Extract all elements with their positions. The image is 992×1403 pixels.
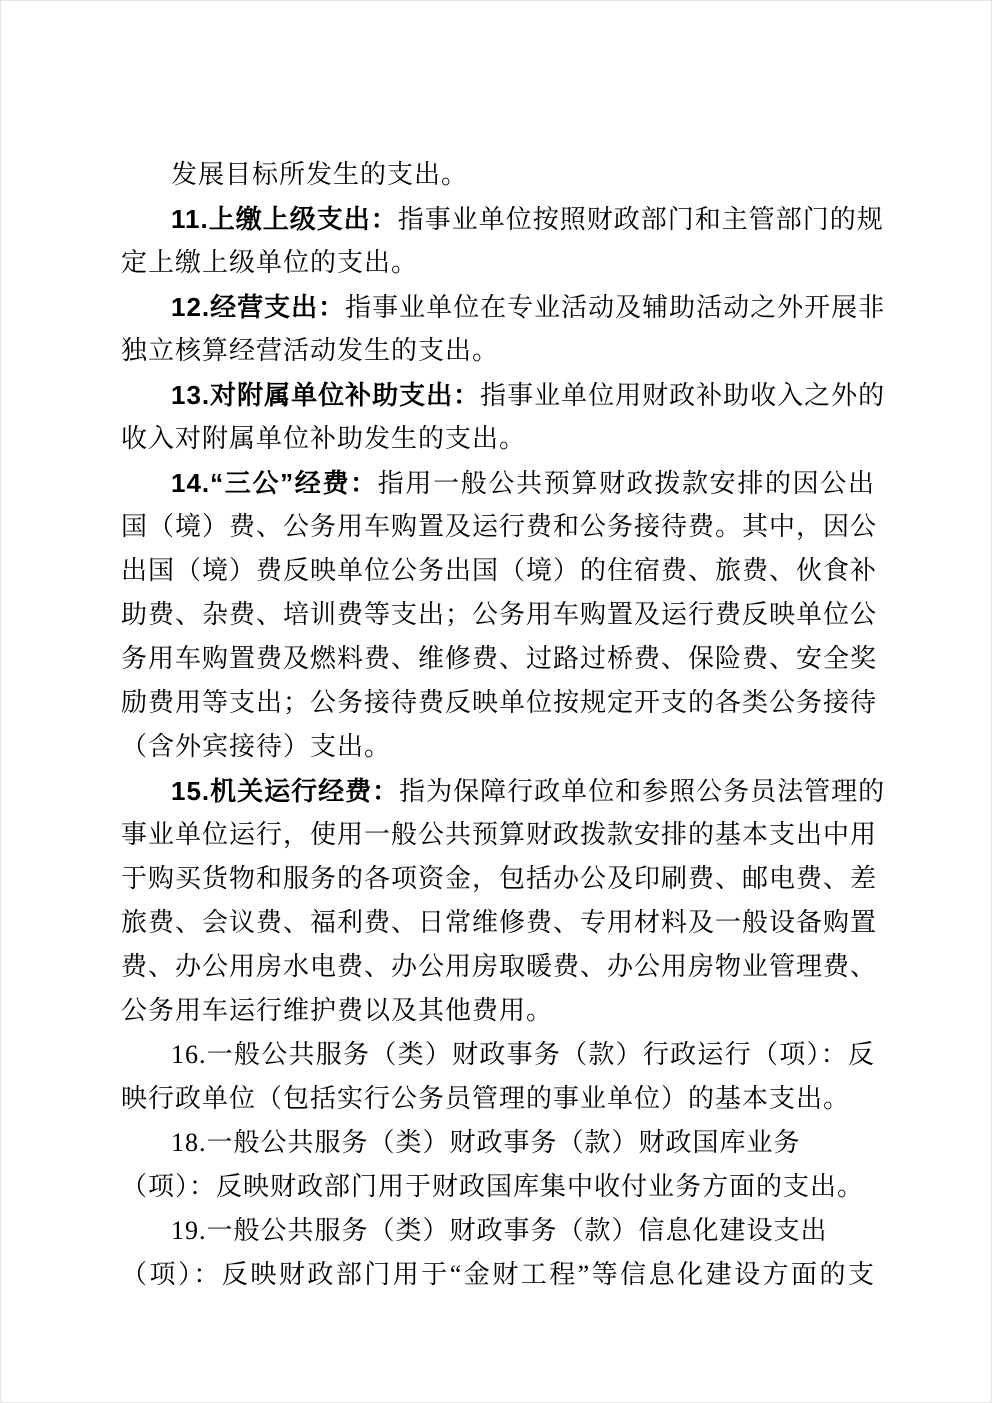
document-line-21: 16.一般公共服务（类）财政事务（款）行政运行（项）：反 (121, 1033, 875, 1077)
term-heading: 12.经营支出： (171, 292, 345, 322)
document-line-9: 国（境）费、公务用车购置及运行费和公务接待费。其中，因公 (121, 505, 875, 549)
term-heading: 15.机关运行经费： (171, 776, 399, 806)
document-line-6: 13.对附属单位补助支出：指事业单位用财政补助收入之外的 (121, 373, 875, 417)
document-line-5: 独立核算经营活动发生的支出。 (121, 329, 875, 373)
document-line-15: 15.机关运行经费：指为保障行政单位和参照公务员法管理的 (121, 769, 875, 813)
document-line-26: （项）：反映财政部门用于“金财工程”等信息化建设方面的支 (121, 1253, 875, 1297)
document-line-7: 收入对附属单位补助发生的支出。 (121, 417, 875, 461)
document-line-10: 出国（境）费反映单位公务出国（境）的住宿费、旅费、伙食补 (121, 549, 875, 593)
document-line-25: 19.一般公共服务（类）财政事务（款）信息化建设支出 (121, 1209, 875, 1253)
document-line-18: 旅费、会议费、福利费、日常维修费、专用材料及一般设备购置 (121, 901, 875, 945)
document-line-24: （项）：反映财政部门用于财政国库集中收付业务方面的支出。 (121, 1165, 875, 1209)
document-line-23: 18.一般公共服务（类）财政事务（款）财政国库业务 (121, 1121, 875, 1165)
document-line-4: 12.经营支出：指事业单位在专业活动及辅助活动之外开展非 (121, 285, 875, 329)
term-heading: 14.“三公”经费： (171, 468, 378, 498)
term-heading: 11.上缴上级支出： (171, 204, 398, 234)
document-body: 发展目标所发生的支出。11.上缴上级支出：指事业单位按照财政部门和主管部门的规定… (121, 153, 875, 1297)
document-line-12: 务用车购置费及燃料费、维修费、过路过桥费、保险费、安全奖 (121, 637, 875, 681)
document-page: 发展目标所发生的支出。11.上缴上级支出：指事业单位按照财政部门和主管部门的规定… (0, 0, 992, 1403)
document-line-22: 映行政单位（包括实行公务员管理的事业单位）的基本支出。 (121, 1077, 875, 1121)
document-line-19: 费、办公用房水电费、办公用房取暖费、办公用房物业管理费、 (121, 945, 875, 989)
document-line-8: 14.“三公”经费：指用一般公共预算财政拨款安排的因公出 (121, 461, 875, 505)
document-line-3: 定上缴上级单位的支出。 (121, 241, 875, 285)
document-line-20: 公务用车运行维护费以及其他费用。 (121, 989, 875, 1033)
document-line-14: （含外宾接待）支出。 (121, 725, 875, 769)
document-line-17: 于购买货物和服务的各项资金，包括办公及印刷费、邮电费、差 (121, 857, 875, 901)
document-line-13: 励费用等支出；公务接待费反映单位按规定开支的各类公务接待 (121, 681, 875, 725)
document-line-1: 发展目标所发生的支出。 (121, 153, 875, 197)
document-line-11: 助费、杂费、培训费等支出；公务用车购置及运行费反映单位公 (121, 593, 875, 637)
term-heading: 13.对附属单位补助支出： (171, 380, 480, 410)
document-line-2: 11.上缴上级支出：指事业单位按照财政部门和主管部门的规 (121, 197, 875, 241)
document-line-16: 事业单位运行，使用一般公共预算财政拨款安排的基本支出中用 (121, 813, 875, 857)
